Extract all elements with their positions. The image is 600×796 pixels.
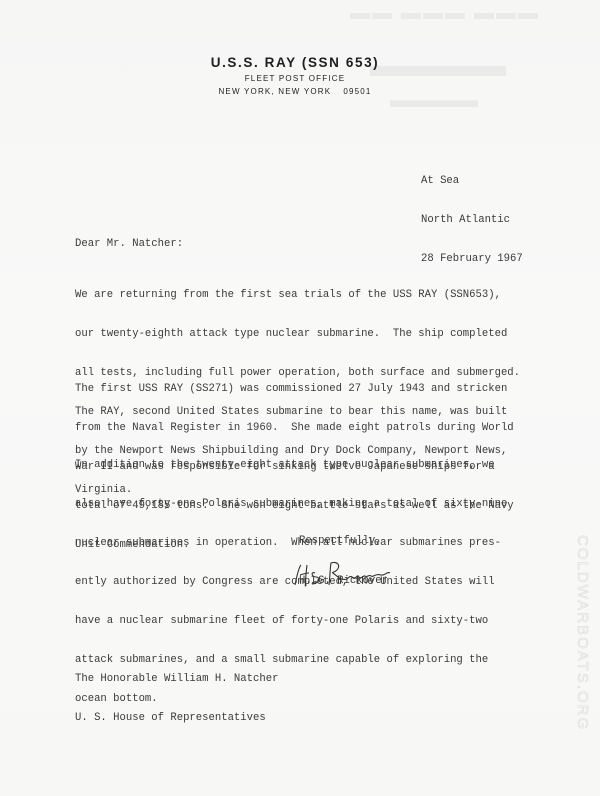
letterhead: U.S.S. RAY (SSN 653) FLEET POST OFFICE N…: [200, 54, 390, 98]
text-line: have a nuclear submarine fleet of forty-…: [75, 615, 507, 628]
dateline-location: At Sea: [421, 175, 523, 188]
letterhead-zip: 09501: [343, 87, 371, 96]
letterhead-title: U.S.S. RAY (SSN 653): [200, 54, 390, 72]
text-line: The first USS RAY (SS271) was commission…: [75, 383, 514, 396]
text-line: nuclear submarines in operation. When al…: [75, 537, 507, 550]
signer-name: H. G. Rickover: [299, 575, 388, 588]
recipient-office: U. S. House of Representatives: [75, 712, 278, 725]
recipient-block: The Honorable William H. Natcher U. S. H…: [75, 647, 278, 751]
letter-page: ▬▬ ▬▬▬ ▬▬▬ ▬▬▬▬ ▬▬▬▬ U.S.S. RAY (SSN 653…: [0, 0, 600, 796]
text-line: We are returning from the first sea tria…: [75, 289, 520, 302]
letterhead-city: NEW YORK, NEW YORK: [218, 87, 331, 96]
recipient-name: The Honorable William H. Natcher: [75, 673, 278, 686]
text-line: our twenty-eighth attack type nuclear su…: [75, 328, 520, 341]
text-line: also have forty-one Polaris submarines, …: [75, 498, 507, 511]
closing: Respectfully,: [299, 535, 382, 548]
letterhead-address: NEW YORK, NEW YORK09501: [200, 85, 390, 98]
salutation: Dear Mr. Natcher:: [75, 238, 183, 251]
letterhead-fpo: FLEET POST OFFICE: [200, 72, 390, 85]
watermark: COLDWARBOATS.ORG: [574, 535, 591, 795]
text-line: In addition to the twenty-eight attack t…: [75, 459, 507, 472]
dateline-region: North Atlantic: [421, 214, 523, 227]
